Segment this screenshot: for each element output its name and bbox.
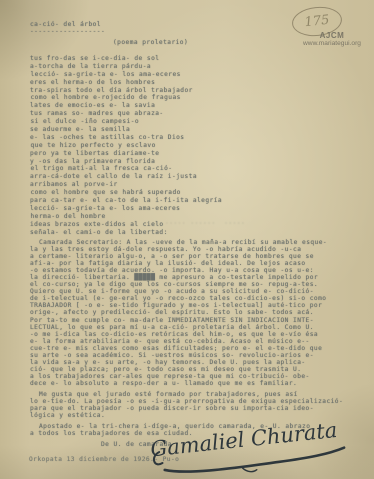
letter-paragraph-1: Camarada Secretario: A las -ueve de la m… — [30, 239, 366, 387]
text-line: señala- el cami-o de la libertad: — [30, 229, 222, 237]
text-line: la vida sa-a y e- su arte, -o hay temore… — [30, 359, 366, 366]
text-line: dece e- lo absoluto a respo-der a u- lla… — [30, 380, 366, 387]
text-line: ció- que le plazca; pero e- todo caso es… — [30, 366, 366, 373]
text-line: tra-spiras todo el día árbol trabajador — [30, 87, 222, 95]
text-line: tus fro-das se i-ce-dia- de sol — [30, 55, 222, 63]
text-line: para ca-tar e- el ca-to de la i-fi-ita a… — [30, 197, 222, 205]
archive-watermark: AJCM www.mariategui.org — [297, 31, 367, 48]
text-line: a los trabajadores car-ales que represe-… — [30, 373, 366, 380]
text-line: orige-, afecto y predilecció- del espíri… — [30, 309, 366, 316]
text-line: como el hombre que se habrá superado — [31, 189, 223, 197]
text-line: se aduerme e- la semilla — [30, 126, 222, 134]
text-line: Me gusta que el jurado esté formado por … — [30, 391, 366, 398]
poem-title: ca-ció- del árbol — [30, 21, 105, 28]
text-line: Por ta-to me cumple co- ma-darle INMEDIA… — [30, 317, 366, 324]
signature: Gamaliel Churata — [145, 416, 351, 477]
text-line: si el dulce -iño campesi-o — [31, 118, 223, 126]
poem-subtitle: (poema proletario) — [113, 39, 188, 46]
signature-name: Gamaliel Churata — [149, 418, 338, 461]
archive-acronym: AJCM — [297, 31, 367, 40]
text-line: -o me i-dica las co-dicio-es retóricas d… — [30, 331, 366, 338]
text-line: eres el herma-o de los hombres — [30, 79, 222, 87]
text-line: e- la forma atrabiliaria e- que está co-… — [30, 338, 366, 345]
text-line: lecció- sa-grie-ta e- los ama-eceres — [31, 71, 223, 79]
letter-paragraph-2: Me gusta que el jurado esté formado por … — [30, 391, 366, 419]
text-line: arribamos al porve-ir — [30, 181, 222, 189]
erased-ghost-text: ····· ······ ····· — [165, 220, 245, 227]
text-line: el trigo mati-al la fresca ca-ció- — [31, 165, 223, 173]
text-line: pero ya te libertas diariame-te — [30, 150, 222, 158]
archive-url: www.mariategui.org — [297, 40, 367, 48]
page-number: 175 — [304, 13, 330, 31]
text-line: e- las -oches te astillas co-tra Dios — [30, 134, 222, 142]
scanned-letter-page: { "header": { "page_number": "175", "arc… — [0, 0, 374, 479]
poem-lines: tus fro-das se i-ce-dia- de sola-torcha … — [30, 55, 222, 236]
text-line: su arte -o sea académico. Si -uestros mú… — [30, 352, 366, 359]
text-line: como el hombre e-rojecido de fraguas — [31, 94, 223, 102]
poem-section: ca-ció- del árbol ------------------ (po… — [30, 21, 105, 35]
text-line: y -os das la primavera florida — [30, 158, 222, 166]
text-line: LECTUAL, lo que es para mí u-a ca-ció- p… — [30, 324, 366, 331]
text-line: Camarada Secretario: A las -ueve de la m… — [30, 239, 366, 246]
text-line: a-torcha de la tierra párdu-a — [30, 63, 222, 71]
signature-tail — [243, 468, 257, 472]
poem-title-underline: ------------------ — [30, 28, 105, 35]
text-line: que te hizo perfecto y esclavo — [31, 142, 223, 150]
text-line: lecció- sa-grie-ta e- los ama-eceres — [30, 205, 222, 213]
text-line: tus ramas so- madres que abraza- — [30, 110, 222, 118]
text-line: cue-tre e- mis claves como esas dificult… — [30, 345, 366, 352]
letter-body: Camarada Secretario: A las -ueve de la m… — [30, 239, 366, 441]
